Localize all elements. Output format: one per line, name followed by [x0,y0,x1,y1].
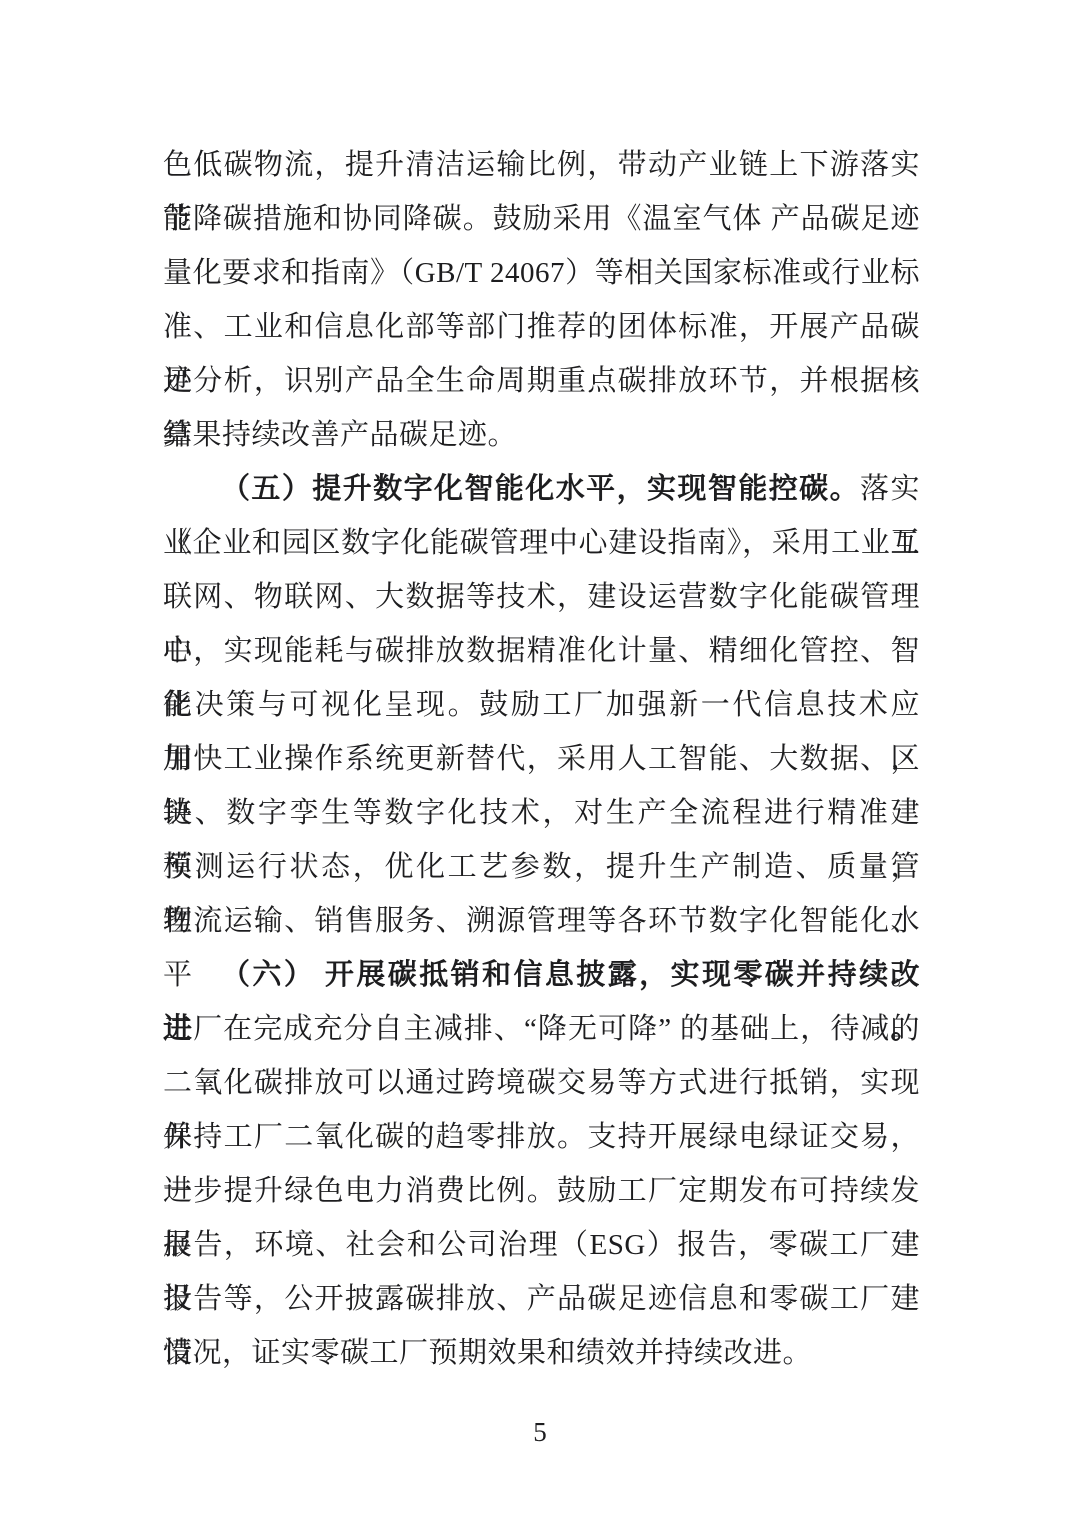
text-line: 加快工业操作系统更新替代，采用人工智能、大数据、区块 [163,732,920,786]
body-text: 结果持续改善产品碳足迹。 [163,419,517,451]
body-text: 工厂在完成充分自主减排、“降无可降” 的基础上，待减的 [163,1013,920,1045]
text-line: 工厂在完成充分自主减排、“降无可降” 的基础上，待减的 [163,1002,920,1056]
text-line: 报告，环境、社会和公司治理（ESG）报告，零碳工厂建设 [163,1218,920,1272]
text-line: 化决策与可视化呈现。鼓励工厂加强新一代信息技术应用， [163,678,920,732]
document-body: 色低碳物流，提升清洁运输比例，带动产业链上下游落实节能降碳措施和协同降碳。鼓励采… [163,138,920,1380]
text-line: 业企业和园区数字化能碳管理中心建设指南》，采用工业互 [163,516,920,570]
body-text: 量化要求和指南》（GB/T 24067）等相关国家标准或行业标 [163,257,920,289]
text-line: 结果持续改善产品碳足迹。 [163,408,920,462]
text-line: 情况，证实零碳工厂预期效果和绩效并持续改进。 [163,1326,920,1380]
page-number: 5 [533,1412,547,1452]
text-line: 一步提升绿色电力消费比例。鼓励工厂定期发布可持续发展 [163,1164,920,1218]
body-text: 能降碳措施和协同降碳。鼓励采用《温室气体 产品碳足迹 [163,203,920,235]
text-line: 保持工厂二氧化碳的趋零排放。支持开展绿电绿证交易，进 [163,1110,920,1164]
heading-text: （五）提升数字化智能化水平，实现智能控碳。 [221,473,860,505]
text-line: （六） 开展碳抵销和信息披露，实现零碳并持续改进。 [163,948,920,1002]
text-line: 迹分析，识别产品全生命周期重点碳排放环节，并根据核算 [163,354,920,408]
text-line: （五）提升数字化智能化水平，实现智能控碳。落实《工 [163,462,920,516]
text-line: 预测运行状态，优化工艺参数，提升生产制造、质量管理、 [163,840,920,894]
text-line: 报告等，公开披露碳排放、产品碳足迹信息和零碳工厂建设 [163,1272,920,1326]
text-line: 能降碳措施和协同降碳。鼓励采用《温室气体 产品碳足迹 [163,192,920,246]
text-line: 准、工业和信息化部等部门推荐的团体标准，开展产品碳足 [163,300,920,354]
body-text: 情况，证实零碳工厂预期效果和绩效并持续改进。 [163,1337,812,1369]
text-line: 二氧化碳排放可以通过跨境碳交易等方式进行抵销，实现并 [163,1056,920,1110]
page-footer: 5 [0,1412,1080,1452]
text-line: 物流运输、销售服务、溯源管理等各环节数字化智能化水平。 [163,894,920,948]
text-line: 链、数字孪生等数字化技术，对生产全流程进行精准建模， [163,786,920,840]
body-text: 业企业和园区数字化能碳管理中心建设指南》，采用工业互 [163,527,920,559]
document-page: 色低碳物流，提升清洁运输比例，带动产业链上下游落实节能降碳措施和协同降碳。鼓励采… [0,0,1080,1527]
text-line: 量化要求和指南》（GB/T 24067）等相关国家标准或行业标 [163,246,920,300]
text-line: 联网、物联网、大数据等技术，建设运营数字化能碳管理中 [163,570,920,624]
text-line: 色低碳物流，提升清洁运输比例，带动产业链上下游落实节 [163,138,920,192]
text-line: 心，实现能耗与碳排放数据精准化计量、精细化管控、智能 [163,624,920,678]
